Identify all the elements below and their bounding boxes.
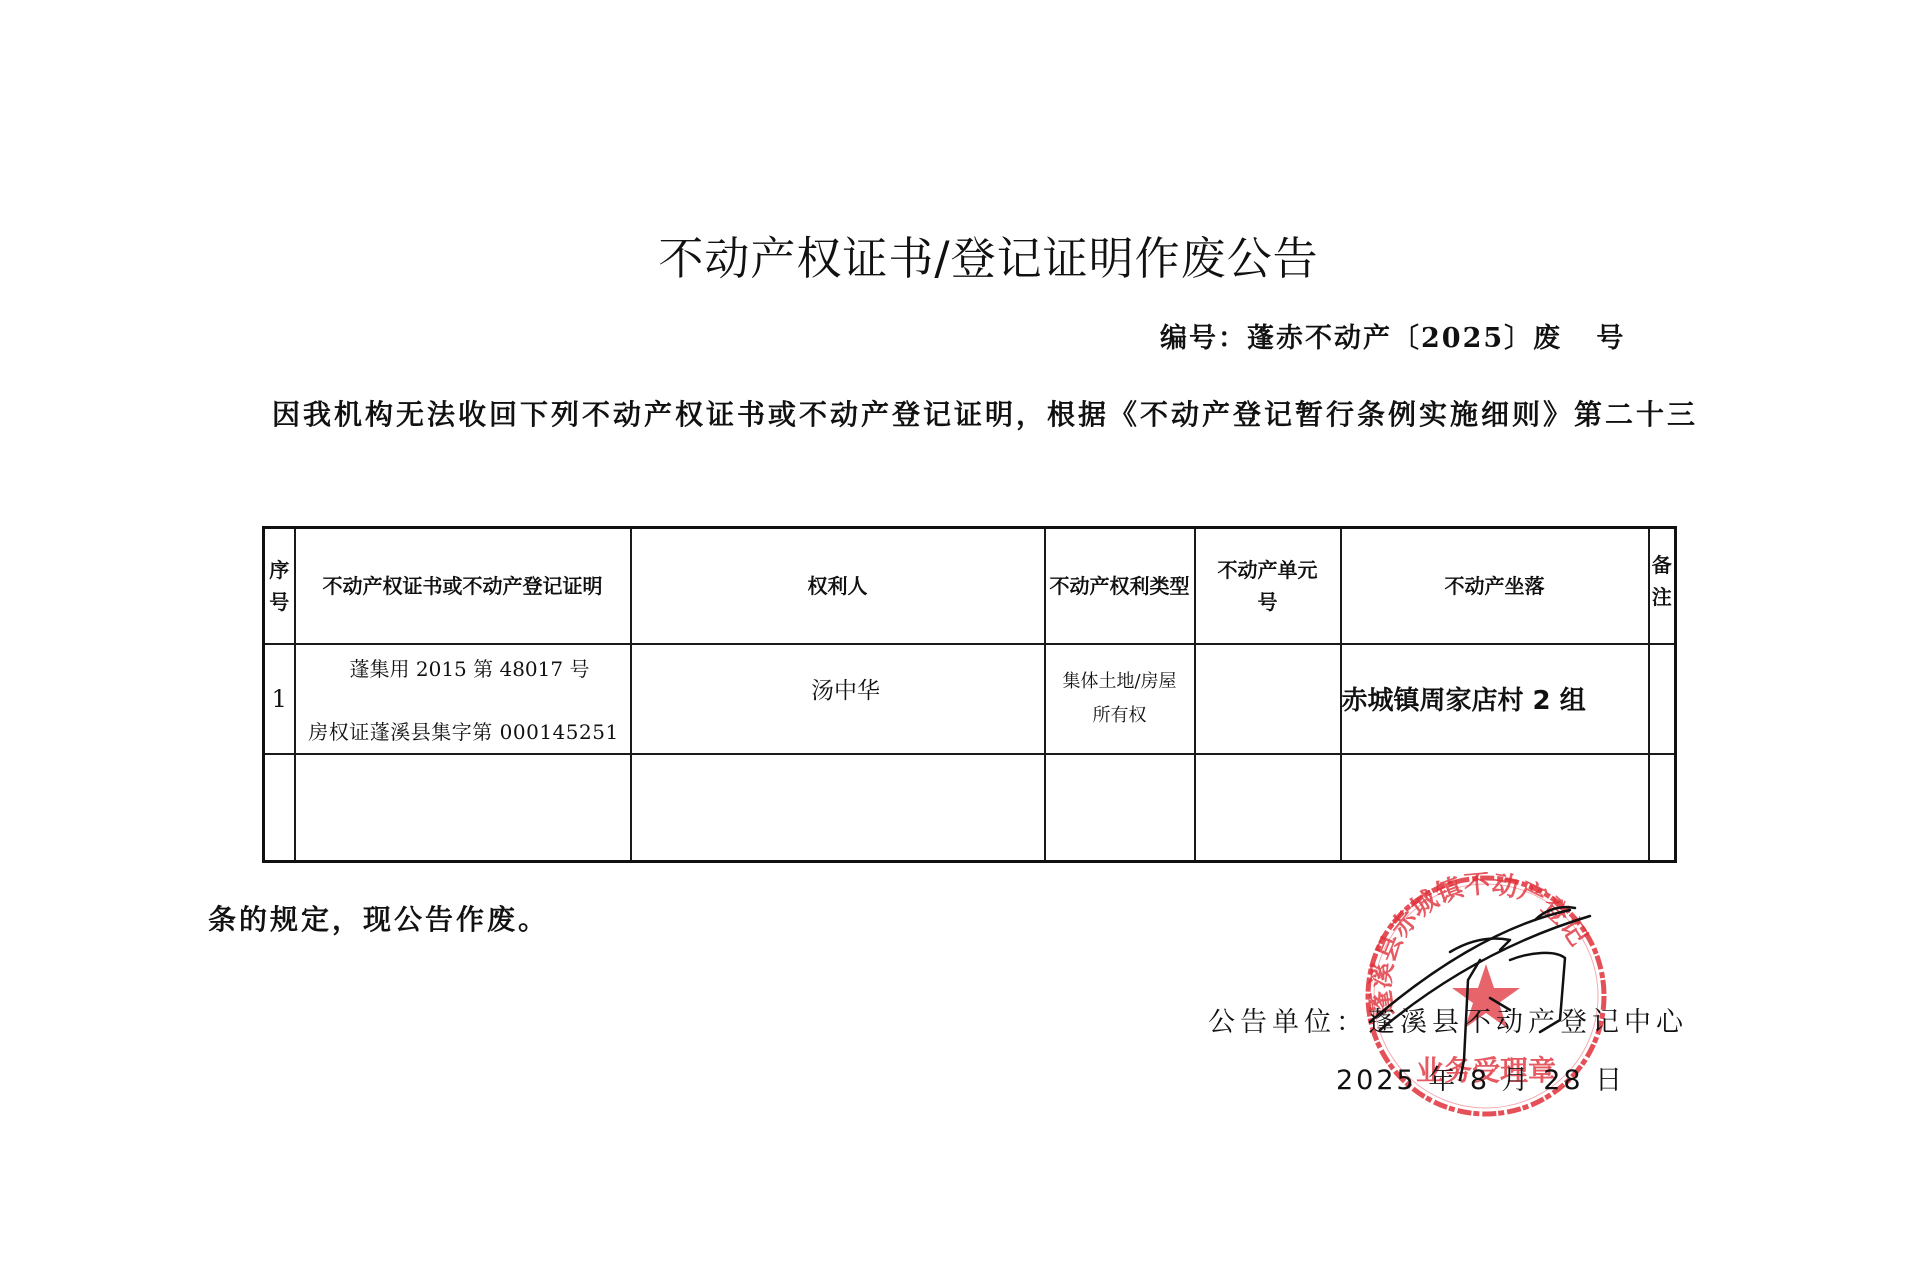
right-type-line1: 集体土地/房屋 <box>1046 665 1194 699</box>
header-certificate: 不动产权证书或不动产登记证明 <box>295 528 631 644</box>
header-remarks: 备注 <box>1649 528 1676 644</box>
cell-right-type <box>1045 754 1195 862</box>
cell-certificate <box>295 754 631 862</box>
announcement-paragraph-line2: 条的规定，现公告作废。 <box>208 898 549 938</box>
document-number: 编号：蓬赤不动产〔2025〕废 号 <box>1160 316 1625 355</box>
cell-holder: 汤中华 <box>631 644 1045 754</box>
table-row: 1 蓬集用 2015 第 48017 号 房权证蓬溪县集字第 000145251… <box>264 644 1676 754</box>
holder-name: 汤中华 <box>811 678 880 704</box>
header-certificate-label: 不动产权证书或不动产登记证明 <box>323 574 603 598</box>
certificate-number-2: 房权证蓬溪县集字第 000145251 <box>296 716 630 745</box>
header-unit-no: 不动产单元号 <box>1195 528 1341 644</box>
cell-location <box>1341 754 1649 862</box>
header-holder: 权利人 <box>631 528 1045 644</box>
cell-remarks <box>1649 754 1676 862</box>
cell-holder <box>631 754 1045 862</box>
voided-certificates-table: 序号 不动产权证书或不动产登记证明 权利人 不动产权利类型 不动产单元号 不动产… <box>262 526 1677 863</box>
header-unit-no-label: 不动产单元号 <box>1218 558 1318 614</box>
cell-unit-no <box>1195 754 1341 862</box>
table-header-row: 序号 不动产权证书或不动产登记证明 权利人 不动产权利类型 不动产单元号 不动产… <box>264 528 1676 644</box>
cell-unit-no <box>1195 644 1341 754</box>
cell-right-type: 集体土地/房屋 所有权 <box>1045 644 1195 754</box>
header-location: 不动产坐落 <box>1341 528 1649 644</box>
cell-certificate: 蓬集用 2015 第 48017 号 房权证蓬溪县集字第 000145251 <box>295 644 631 754</box>
right-type-line2: 所有权 <box>1046 699 1194 733</box>
cell-seq: 1 <box>264 644 295 754</box>
cell-location: 赤城镇周家店村 2 组 <box>1341 644 1649 754</box>
certificate-number-1: 蓬集用 2015 第 48017 号 <box>296 653 630 682</box>
cell-remarks <box>1649 644 1676 754</box>
handwritten-signature-icon <box>1360 880 1620 1110</box>
cell-seq <box>264 754 295 862</box>
announcement-paragraph-line1: 因我机构无法收回下列不动产权证书或不动产登记证明，根据《不动产登记暂行条例实施细… <box>272 393 1698 433</box>
table-row <box>264 754 1676 862</box>
header-right-type: 不动产权利类型 <box>1045 528 1195 644</box>
page-title: 不动产权证书/登记证明作废公告 <box>0 222 1927 287</box>
header-seq: 序号 <box>264 528 295 644</box>
